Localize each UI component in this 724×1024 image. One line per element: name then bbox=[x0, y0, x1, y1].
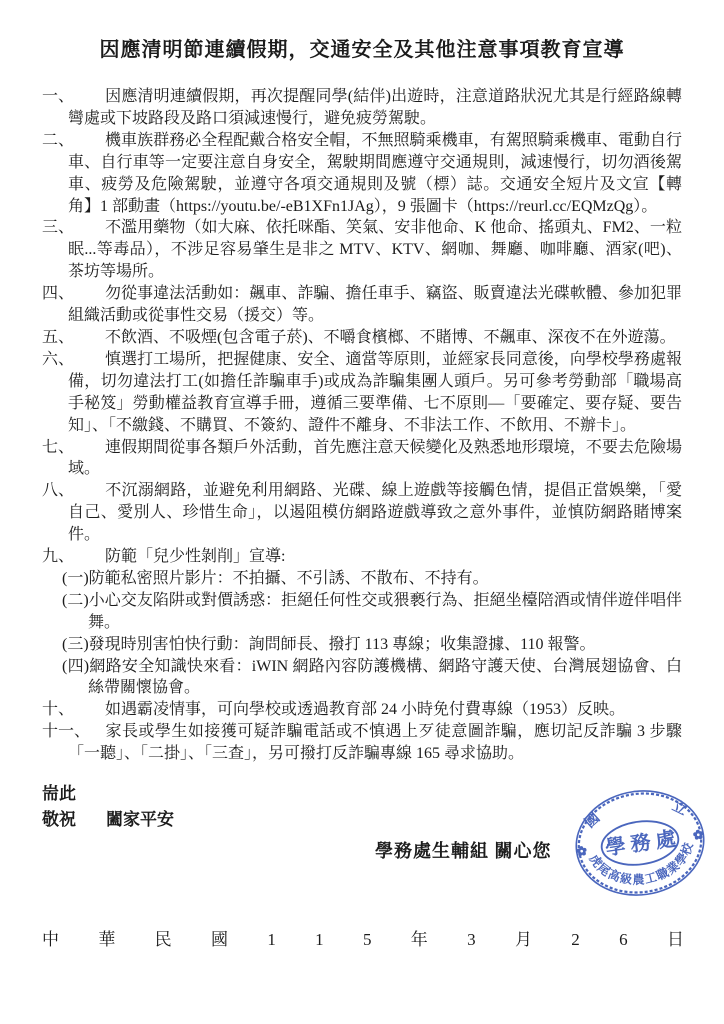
closing-jingzhu: 敬祝 bbox=[42, 810, 76, 829]
date-char: 華 bbox=[98, 928, 115, 952]
sub-item-9-1: (一)防範私密照片影片：不拍攝、不引誘、不散布、不持有。 bbox=[88, 568, 682, 590]
item-number: 四、 bbox=[42, 283, 105, 305]
list-item-9: 九、防範「兒少性剝削」宣導: bbox=[68, 546, 682, 568]
item-text: 不飲酒、不吸煙(包含電子菸)、不嚼食檳榔、不賭博、不飆車、深夜不在外遊蕩。 bbox=[105, 329, 676, 346]
date-char: 中 bbox=[42, 928, 59, 952]
list-item-1: 一、因應清明連續假期，再次提醒同學(結伴)出遊時，注意道路狀況尤其是行經路線轉彎… bbox=[68, 86, 682, 130]
seal-top-left-char: 國 bbox=[581, 809, 603, 831]
date-char: 年 bbox=[411, 928, 428, 952]
sub-item-9-4: (四)網路安全知識快來看：iWIN 網路內容防護機構、網路守護天使、台灣展翅協會… bbox=[88, 656, 682, 700]
list-item-3: 三、不濫用藥物（如大麻、依托咪酯、笑氣、安非他命、K 他命、搖頭丸、FM2、一粒… bbox=[68, 217, 682, 283]
subitem-number: (一) bbox=[62, 570, 89, 587]
list-item-2: 二、機車族群務必全程配戴合格安全帽，不無照騎乘機車，有駕照騎乘機車、電動自行車、… bbox=[68, 130, 682, 218]
item-number: 八、 bbox=[42, 480, 105, 502]
item-number: 六、 bbox=[42, 349, 105, 371]
roc-date-line: 中 華 民 國 1 1 5 年 3 月 2 6 日 bbox=[42, 928, 684, 952]
list-item-6: 六、慎選打工場所，把握健康、安全、適當等原則，並經家長同意後，向學校學務處報備，… bbox=[68, 349, 682, 437]
item-text: 機車族群務必全程配戴合格安全帽，不無照騎乘機車，有駕照騎乘機車、電動自行車、自行… bbox=[68, 132, 682, 215]
date-char: 1 bbox=[267, 928, 276, 952]
item-number: 九、 bbox=[42, 546, 105, 568]
item-number: 三、 bbox=[42, 217, 105, 239]
date-char: 2 bbox=[571, 928, 580, 952]
item-text: 因應清明連續假期，再次提醒同學(結伴)出遊時，注意道路狀況尤其是行經路線轉彎處或… bbox=[68, 88, 682, 127]
school-office-seal: 國 立 學務處 虎尾高級農工職業學校 bbox=[564, 774, 715, 912]
item-number: 十、 bbox=[42, 699, 105, 721]
item-text: 如遇霸凌情事，可向學校或透過教育部 24 小時免付費專線（1953）反映。 bbox=[105, 701, 625, 718]
date-char: 3 bbox=[467, 928, 476, 952]
item-text: 不沉溺網路，並避免利用網路、光碟、線上遊戲等接觸色情，提倡正當娛樂，「愛自己、愛… bbox=[68, 482, 682, 543]
sub-item-9-2: (二)小心交友陷阱或對價誘惑：拒絕任何性交或猥褻行為、拒絕坐檯陪酒或情伴遊伴唱伴… bbox=[88, 590, 682, 634]
item-number: 七、 bbox=[42, 437, 105, 459]
item-number: 一、 bbox=[42, 86, 105, 108]
closing-blessing: 闔家平安 bbox=[106, 810, 174, 829]
subitem-text: 發現時別害怕快行動：詢問師長、撥打 113 專線；收集證據、110 報警。 bbox=[89, 636, 596, 653]
list-item-5: 五、不飲酒、不吸煙(包含電子菸)、不嚼食檳榔、不賭博、不飆車、深夜不在外遊蕩。 bbox=[68, 327, 682, 349]
date-char: 6 bbox=[619, 928, 628, 952]
document-page: 因應清明節連續假期，交通安全及其他注意事項教育宣導 一、因應清明連續假期，再次提… bbox=[0, 0, 724, 1024]
item-text: 防範「兒少性剝削」宣導: bbox=[105, 548, 285, 565]
date-char: 1 bbox=[315, 928, 324, 952]
date-char: 國 bbox=[211, 928, 228, 952]
item-text: 勿從事違法活動如：飆車、詐騙、擔任車手、竊盜、販賣違法光碟軟體、參加犯罪組織活動… bbox=[68, 285, 682, 324]
item-text: 不濫用藥物（如大麻、依托咪酯、笑氣、安非他命、K 他命、搖頭丸、FM2、一粒眠.… bbox=[68, 219, 682, 280]
item-text: 慎選打工場所，把握健康、安全、適當等原則，並經家長同意後，向學校學務處報備，切勿… bbox=[68, 351, 682, 434]
date-char: 民 bbox=[155, 928, 172, 952]
date-char: 日 bbox=[667, 928, 684, 952]
subitem-text: 網路安全知識快來看：iWIN 網路內容防護機構、網路守護天使、台灣展翅協會、白絲… bbox=[88, 658, 682, 697]
subitem-number: (四) bbox=[62, 658, 89, 675]
subitem-number: (二) bbox=[62, 592, 89, 609]
item-number: 五、 bbox=[42, 327, 105, 349]
date-char: 月 bbox=[515, 928, 532, 952]
item-text: 家長或學生如接獲可疑詐騙電話或不慎遇上歹徒意圖詐騙，應切記反詐騙 3 步驟「一聽… bbox=[68, 723, 682, 762]
item-number: 二、 bbox=[42, 130, 105, 152]
date-char: 5 bbox=[363, 928, 372, 952]
list-item-7: 七、連假期間從事各類戶外活動，首先應注意天候變化及熟悉地形環境，不要去危險場域。 bbox=[68, 437, 682, 481]
subitem-text: 防範私密照片影片：不拍攝、不引誘、不散布、不持有。 bbox=[89, 570, 489, 587]
subitem-number: (三) bbox=[62, 636, 89, 653]
item-number: 十一、 bbox=[42, 721, 105, 743]
page-title: 因應清明節連續假期，交通安全及其他注意事項教育宣導 bbox=[42, 36, 682, 64]
subitem-text: 小心交友陷阱或對價誘惑：拒絕任何性交或猥褻行為、拒絕坐檯陪酒或情伴遊伴唱伴舞。 bbox=[88, 592, 682, 631]
items-list: 一、因應清明連續假期，再次提醒同學(結伴)出遊時，注意道路狀況尤其是行經路線轉彎… bbox=[42, 86, 682, 765]
list-item-10: 十、如遇霸凌情事，可向學校或透過教育部 24 小時免付費專線（1953）反映。 bbox=[68, 699, 682, 721]
item-text: 連假期間從事各類戶外活動，首先應注意天候變化及熟悉地形環境，不要去危險場域。 bbox=[68, 439, 682, 478]
list-item-4: 四、勿從事違法活動如：飆車、詐騙、擔任車手、竊盜、販賣違法光碟軟體、參加犯罪組織… bbox=[68, 283, 682, 327]
seal-center-text: 學務處 bbox=[603, 826, 683, 860]
list-item-11: 十一、家長或學生如接獲可疑詐騙電話或不慎遇上歹徒意圖詐騙，應切記反詐騙 3 步驟… bbox=[68, 721, 682, 765]
list-item-8: 八、不沉溺網路，並避免利用網路、光碟、線上遊戲等接觸色情，提倡正當娛樂，「愛自己… bbox=[68, 480, 682, 546]
sub-item-9-3: (三)發現時別害怕快行動：詢問師長、撥打 113 專線；收集證據、110 報警。 bbox=[88, 634, 682, 656]
